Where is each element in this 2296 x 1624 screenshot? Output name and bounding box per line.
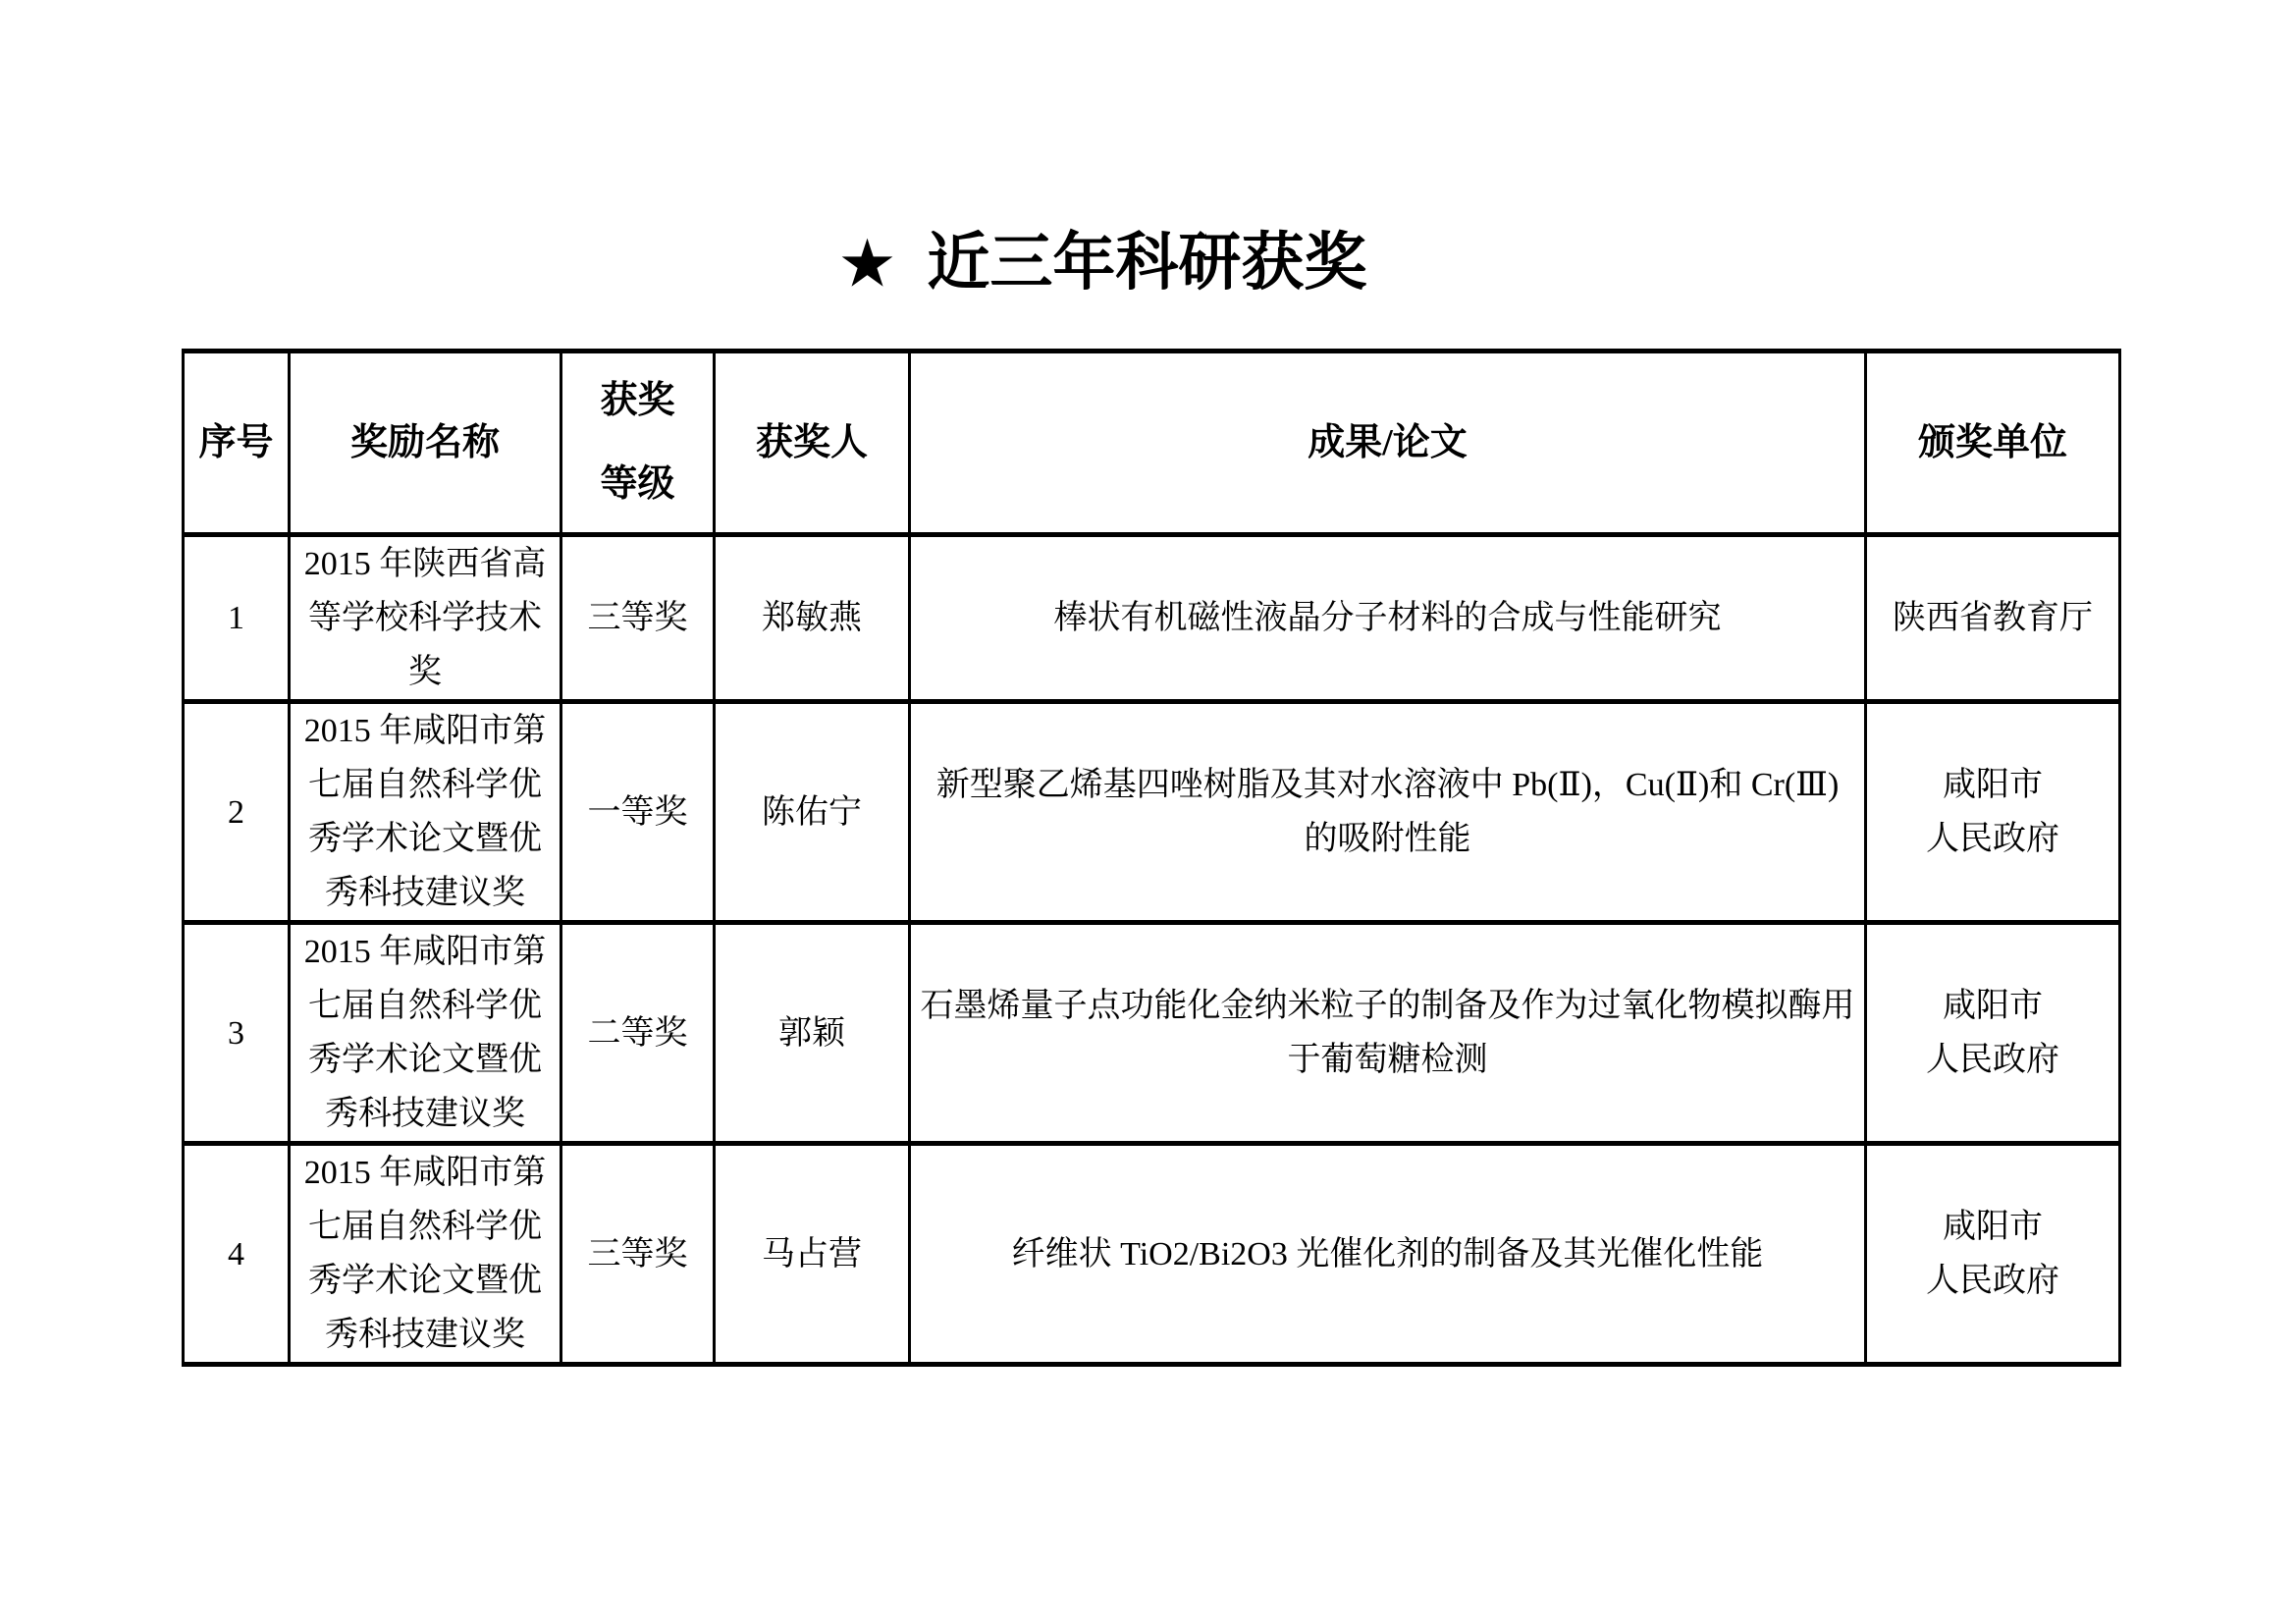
header-row: 序号 奖励名称 获奖 等级 获奖人 成果/论文 颁奖单位 [184, 352, 2120, 535]
cell-winner: 郑敏燕 [715, 535, 910, 702]
star-icon: ★ [841, 225, 894, 303]
page-title-text: 近三年科研获奖 [927, 228, 1366, 298]
header-no: 序号 [184, 352, 290, 535]
cell-award-grade: 二等奖 [561, 923, 715, 1144]
awards-table: 序号 奖励名称 获奖 等级 获奖人 成果/论文 颁奖单位 1 2015 年陕西省… [182, 349, 2121, 1367]
cell-paper: 新型聚乙烯基四唑树脂及其对水溶液中 Pb(Ⅱ)，Cu(Ⅱ)和 Cr(Ⅲ) 的吸附… [910, 702, 1866, 923]
page-title-inner: ★近三年科研获奖 [841, 224, 1367, 303]
cell-award-name: 2015 年咸阳市第 七届自然科学优 秀学术论文暨优 秀科技建议奖 [290, 923, 561, 1144]
cell-no: 1 [184, 535, 290, 702]
cell-award-grade: 一等奖 [561, 702, 715, 923]
cell-award-name: 2015 年咸阳市第 七届自然科学优 秀学术论文暨优 秀科技建议奖 [290, 702, 561, 923]
table-row: 2 2015 年咸阳市第 七届自然科学优 秀学术论文暨优 秀科技建议奖 一等奖 … [184, 702, 2120, 923]
cell-winner: 马占营 [715, 1144, 910, 1365]
header-award-grade: 获奖 等级 [561, 352, 715, 535]
cell-issuer: 陕西省教育厅 [1866, 535, 2120, 702]
table-row: 3 2015 年咸阳市第 七届自然科学优 秀学术论文暨优 秀科技建议奖 二等奖 … [184, 923, 2120, 1144]
table-row: 1 2015 年陕西省高 等学校科学技术 奖 三等奖 郑敏燕 棒状有机磁性液晶分… [184, 535, 2120, 702]
cell-no: 3 [184, 923, 290, 1144]
cell-issuer: 咸阳市 人民政府 [1866, 702, 2120, 923]
cell-winner: 陈佑宁 [715, 702, 910, 923]
cell-paper: 石墨烯量子点功能化金纳米粒子的制备及作为过氧化物模拟酶用 于葡萄糖检测 [910, 923, 1866, 1144]
cell-no: 4 [184, 1144, 290, 1365]
header-paper: 成果/论文 [910, 352, 1866, 535]
header-issuer: 颁奖单位 [1866, 352, 2120, 535]
header-winner: 获奖人 [715, 352, 910, 535]
cell-issuer: 咸阳市 人民政府 [1866, 1144, 2120, 1365]
cell-paper: 棒状有机磁性液晶分子材料的合成与性能研究 [910, 535, 1866, 702]
cell-winner: 郭颖 [715, 923, 910, 1144]
cell-award-grade: 三等奖 [561, 535, 715, 702]
cell-award-grade: 三等奖 [561, 1144, 715, 1365]
cell-award-name: 2015 年陕西省高 等学校科学技术 奖 [290, 535, 561, 702]
cell-no: 2 [184, 702, 290, 923]
cell-issuer: 咸阳市 人民政府 [1866, 923, 2120, 1144]
cell-award-name: 2015 年咸阳市第 七届自然科学优 秀学术论文暨优 秀科技建议奖 [290, 1144, 561, 1365]
table-row: 4 2015 年咸阳市第 七届自然科学优 秀学术论文暨优 秀科技建议奖 三等奖 … [184, 1144, 2120, 1365]
header-award-name: 奖励名称 [290, 352, 561, 535]
page-title: ★近三年科研获奖 [0, 224, 2296, 303]
cell-paper: 纤维状 TiO2/Bi2O3 光催化剂的制备及其光催化性能 [910, 1144, 1866, 1365]
